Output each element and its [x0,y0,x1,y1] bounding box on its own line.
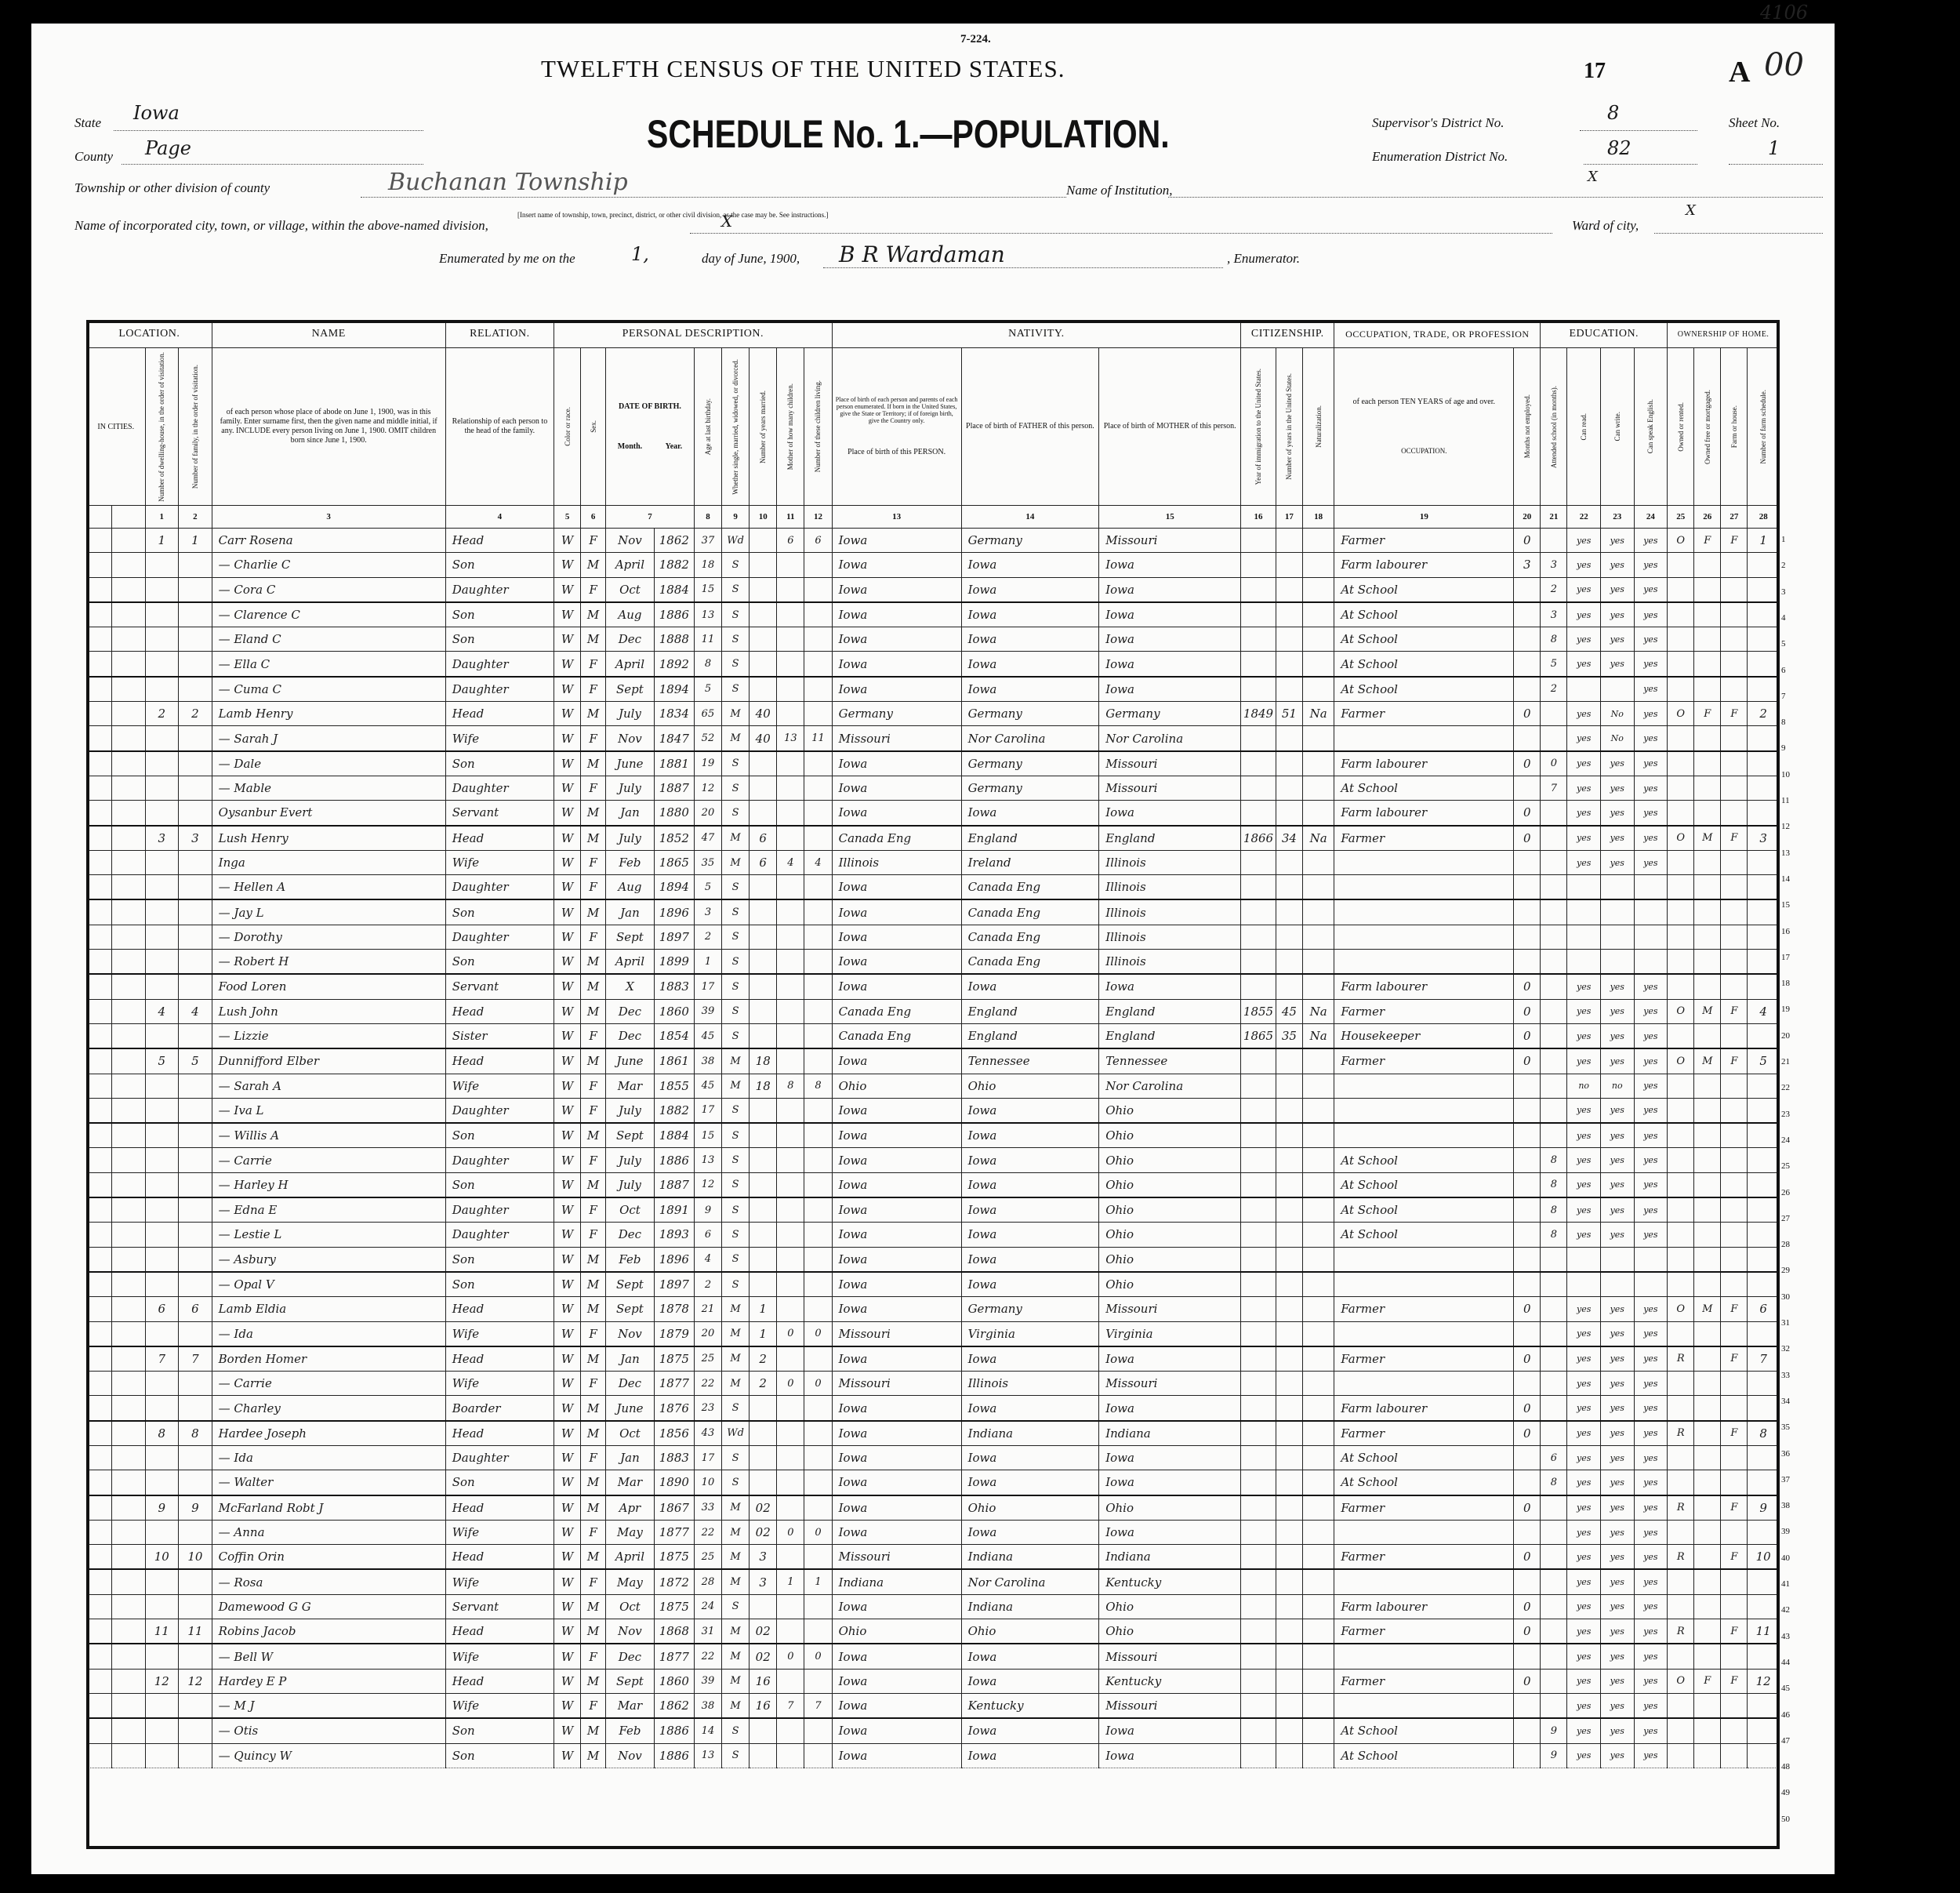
age-cell: 25 [694,1346,721,1372]
family-number-cell: 10 [179,1545,212,1570]
person-name-cell: — Ida [212,1321,445,1346]
school-months-cell [1541,974,1567,999]
naturalization-cell [1302,1396,1334,1421]
naturalization-cell: Na [1302,999,1334,1023]
age-cell: 9 [694,1197,721,1223]
children-living-cell [804,1743,832,1768]
mother-of-cell [777,1718,804,1743]
owned-rented-cell: O [1668,529,1694,553]
school-months-cell [1541,1372,1567,1396]
years-married-cell: 02 [750,1520,777,1544]
birth-year-cell: 1856 [654,1421,694,1446]
owned-rented-cell: O [1668,999,1694,1023]
months-unemployed-cell [1514,1644,1541,1669]
farm-house-cell [1721,602,1748,627]
family-number-cell: 9 [179,1495,212,1521]
months-unemployed-cell [1514,1223,1541,1247]
immigration-year-cell [1241,1148,1276,1172]
years-married-cell: 1 [750,1297,777,1321]
personal-description-header: PERSONAL DESCRIPTION. [554,321,833,348]
birthplace-person-cell: Germany [832,702,961,726]
house-number-cell [111,1445,145,1470]
occupation-cell: Farm labourer [1334,751,1514,776]
street-cell [87,1223,112,1247]
table-row: — Bell WWifeWFDec187722M0200IowaIowaMiss… [87,1644,1780,1669]
marital-status-cell: S [722,875,750,900]
months-unemployed-cell: 0 [1514,826,1541,851]
person-name-cell: Lush Henry [212,826,445,851]
street-cell [87,999,112,1023]
birth-month-cell: Sept [606,1123,655,1148]
naturalization-cell [1302,950,1334,975]
person-name-cell: Lush John [212,999,445,1023]
age-cell: 18 [694,553,721,577]
family-number-cell [179,1123,212,1148]
free-mortgaged-cell: M [1694,1297,1721,1321]
free-mortgaged-cell [1694,1148,1721,1172]
school-months-cell [1541,899,1567,925]
column-number: 17 [1276,506,1302,529]
birth-month-cell: Oct [606,1594,655,1619]
color-cell: W [554,1545,581,1570]
birthplace-person-cell: Iowa [832,1272,961,1297]
years-married-cell [750,1594,777,1619]
dwelling-number-cell: 8 [145,1421,179,1446]
naturalization-cell [1302,850,1334,874]
age-cell: 2 [694,925,721,949]
relation-cell: Son [445,553,554,577]
relation-cell: Daughter [445,652,554,677]
occupation-cell: Farmer [1334,1545,1514,1570]
sex-cell: M [581,826,606,851]
naturalization-cell [1302,1297,1334,1321]
children-living-cell [804,1247,832,1272]
immigration-year-cell [1241,1272,1276,1297]
page-stamp: 17 [1584,59,1606,84]
children-living-cell [804,702,832,726]
mother-of-cell [777,801,804,826]
occupation-cell: At School [1334,1718,1514,1743]
line-number: 28 [1781,1240,1790,1249]
relation-cell: Head [445,1669,554,1693]
table-row: Damewood G GServantWMOct187524SIowaIndia… [87,1594,1780,1619]
dwelling-number-cell [145,1396,179,1421]
marital-status-cell: M [722,1321,750,1346]
birthplace-mother-cell: Iowa [1099,974,1241,999]
relation-cell: Daughter [445,1098,554,1123]
age-cell: 15 [694,577,721,602]
marital-status-cell: S [722,677,750,702]
birthplace-mother-cell: Ohio [1099,1619,1241,1644]
age-cell: 22 [694,1520,721,1544]
supervisor-line [1580,129,1697,131]
free-mortgaged-cell [1694,776,1721,800]
months-unemployed-cell: 3 [1514,553,1541,577]
column-number: 10 [750,506,777,529]
naturalization-cell [1302,602,1334,627]
line-number: 38 [1781,1501,1790,1510]
line-number: 27 [1781,1214,1790,1223]
mother-of-cell [777,1023,804,1048]
can-write-cell: yes [1600,1023,1634,1048]
birth-month-cell: Feb [606,1247,655,1272]
age-cell: 39 [694,999,721,1023]
naturalization-cell [1302,1098,1334,1123]
dwelling-number-cell [145,925,179,949]
school-months-cell [1541,1346,1567,1372]
can-write-cell: yes [1600,1172,1634,1197]
can-speak-english-cell: yes [1634,1074,1668,1098]
owned-rented-header: Owned or rented. [1677,402,1685,452]
can-speak-english-cell: yes [1634,1569,1668,1594]
house-number-cell [111,1172,145,1197]
can-read-cell: yes [1567,1470,1601,1495]
relation-cell: Sister [445,1023,554,1048]
dwelling-number-cell [145,1718,179,1743]
school-months-cell [1541,1321,1567,1346]
column-number: 20 [1514,506,1541,529]
immigration-year-cell [1241,1495,1276,1521]
free-mortgaged-cell [1694,1023,1721,1048]
birth-month-cell: X [606,974,655,999]
house-number-cell [111,1247,145,1272]
months-unemployed-cell [1514,1074,1541,1098]
birthplace-person-cell: Iowa [832,529,961,553]
relation-cell: Wife [445,1644,554,1669]
person-name-cell: — Clarence C [212,602,445,627]
children-living-cell [804,1545,832,1570]
children-living-header: Number of these children living. [814,380,822,472]
years-in-us-cell [1276,1074,1302,1098]
sex-cell: F [581,1098,606,1123]
years-married-cell [750,751,777,776]
can-speak-english-cell: yes [1634,1396,1668,1421]
occupation-cell [1334,925,1514,949]
occupation-cell: Farmer [1334,529,1514,553]
can-read-cell: yes [1567,1123,1601,1148]
family-number-cell [179,751,212,776]
color-cell: W [554,826,581,851]
form-number: 7-224. [960,33,991,46]
farm-schedule-cell [1748,1569,1780,1594]
birthplace-father-cell: Canada Eng [961,925,1099,949]
person-name-cell: Food Loren [212,974,445,999]
children-living-cell [804,1272,832,1297]
years-married-cell [750,627,777,652]
sex-cell: M [581,1421,606,1446]
line-number: 44 [1781,1658,1790,1667]
owned-rented-cell [1668,1321,1694,1346]
table-row: Food LorenServantWMX188317SIowaIowaIowaF… [87,974,1780,999]
institution-label: Name of Institution, [1066,183,1173,198]
farm-schedule-cell: 1 [1748,529,1780,553]
farm-house-cell [1721,1594,1748,1619]
birthplace-mother-cell: Missouri [1099,1297,1241,1321]
birthplace-person-cell: Iowa [832,1495,961,1521]
farm-house-cell [1721,950,1748,975]
street-cell [87,1495,112,1521]
street-cell [87,652,112,677]
birth-year-cell: 1875 [654,1346,694,1372]
can-write-cell: yes [1600,1223,1634,1247]
color-cell: W [554,702,581,726]
line-number: 37 [1781,1475,1790,1484]
birthplace-person-cell: Missouri [832,1545,961,1570]
person-name-cell: Borden Homer [212,1346,445,1372]
farm-schedule-cell [1748,1023,1780,1048]
can-speak-english-cell: yes [1634,577,1668,602]
can-write-cell: yes [1600,751,1634,776]
farm-house-cell: F [1721,702,1748,726]
sex-cell: M [581,1123,606,1148]
relation-header: RELATION. [445,321,554,348]
house-number-cell [111,1569,145,1594]
years-in-us-cell [1276,627,1302,652]
street-cell [87,751,112,776]
sex-cell: M [581,1594,606,1619]
occupation-cell: Farmer [1334,1297,1514,1321]
birth-year-cell: 1887 [654,776,694,800]
months-unemployed-cell [1514,1372,1541,1396]
occupation-cell: At School [1334,1223,1514,1247]
sex-cell: F [581,652,606,677]
months-unemployed-header: Months not employed. [1523,394,1531,458]
birthplace-mother-cell: Illinois [1099,925,1241,949]
street-cell [87,1470,112,1495]
immigration-year-cell [1241,1520,1276,1544]
table-row: — Sarah JWifeWFNov184752M401311MissouriN… [87,726,1780,751]
years-us-header: Number of years in the United States. [1285,373,1293,480]
line-number: 21 [1781,1057,1790,1066]
birth-month-cell: April [606,950,655,975]
mother-of-cell [777,1619,804,1644]
marital-status-cell: M [722,1619,750,1644]
marital-status-cell: S [722,751,750,776]
sex-cell: F [581,1197,606,1223]
enumerator-suffix: , Enumerator. [1227,251,1300,267]
farm-schedule-cell [1748,602,1780,627]
relation-cell: Son [445,751,554,776]
can-speak-english-cell: yes [1634,1297,1668,1321]
dwelling-number-cell: 1 [145,529,179,553]
birth-month-cell: July [606,826,655,851]
immigration-year-cell: 1866 [1241,826,1276,851]
age-cell: 17 [694,974,721,999]
can-write-cell: yes [1600,974,1634,999]
birth-year-cell: 1884 [654,577,694,602]
farm-schedule-cell [1748,950,1780,975]
birthplace-person-cell: Iowa [832,1297,961,1321]
birthplace-mother-cell: Ohio [1099,1148,1241,1172]
birthplace-father-cell: Indiana [961,1545,1099,1570]
house-number-cell [111,627,145,652]
naturalization-cell [1302,1470,1334,1495]
school-months-cell: 3 [1541,602,1567,627]
line-number: 31 [1781,1318,1790,1328]
naturalization-cell [1302,751,1334,776]
marital-status-cell: S [722,1743,750,1768]
occupation-cell: Farmer [1334,702,1514,726]
color-cell: W [554,751,581,776]
can-write-cell: No [1600,726,1634,751]
marital-status-cell: M [722,1520,750,1544]
years-in-us-cell [1276,726,1302,751]
children-living-cell [804,652,832,677]
months-unemployed-cell: 0 [1514,1023,1541,1048]
free-mortgaged-cell [1694,1693,1721,1718]
free-mortgaged-header: Owned free or mortgaged. [1704,390,1711,464]
can-read-cell: yes [1567,1372,1601,1396]
years-married-cell [750,553,777,577]
immigration-year-cell [1241,925,1276,949]
months-unemployed-cell [1514,1272,1541,1297]
mother-of-cell [777,1495,804,1521]
birth-month-cell: July [606,1172,655,1197]
years-in-us-cell [1276,899,1302,925]
farm-house-cell: F [1721,1669,1748,1693]
birthplace-person-cell: Iowa [832,1470,961,1495]
farm-house-cell [1721,974,1748,999]
birthplace-person-cell: Iowa [832,1098,961,1123]
can-write-cell: yes [1600,826,1634,851]
can-read-cell: yes [1567,1644,1601,1669]
house-number-cell [111,899,145,925]
can-speak-english-cell [1634,899,1668,925]
line-number: 39 [1781,1527,1790,1536]
person-name-cell: Hardee Joseph [212,1421,445,1446]
street-cell [87,1421,112,1446]
owned-rented-cell [1668,1223,1694,1247]
birthplace-person-cell: Iowa [832,1594,961,1619]
farm-schedule-cell [1748,1520,1780,1544]
family-number-cell [179,1098,212,1123]
mother-of-cell [777,1272,804,1297]
birth-year-cell: 1882 [654,1098,694,1123]
person-name-cell: Coffin Orin [212,1545,445,1570]
months-unemployed-cell: 0 [1514,1545,1541,1570]
birthplace-mother-cell: Ohio [1099,1123,1241,1148]
owned-rented-cell [1668,1023,1694,1048]
immigration-year-cell [1241,1098,1276,1123]
color-header: Color or race. [564,407,572,446]
free-mortgaged-cell [1694,899,1721,925]
immigration-year-cell [1241,1247,1276,1272]
years-in-us-cell [1276,1223,1302,1247]
house-number-cell [111,1223,145,1247]
school-months-cell [1541,1421,1567,1446]
marital-status-cell: S [722,776,750,800]
table-row: — Edna EDaughterWFOct18919SIowaIowaOhioA… [87,1197,1780,1223]
line-number: 36 [1781,1449,1790,1459]
years-married-cell [750,1123,777,1148]
age-cell: 38 [694,1693,721,1718]
can-read-cell: yes [1567,553,1601,577]
relation-cell: Son [445,1470,554,1495]
birthplace-mother-cell: Tennessee [1099,1048,1241,1074]
farm-house-cell: F [1721,1619,1748,1644]
table-row: — Clarence CSonWMAug188613SIowaIowaIowaA… [87,602,1780,627]
house-number-cell [111,1470,145,1495]
birth-year-cell: 1875 [654,1545,694,1570]
person-name-cell: — Eland C [212,627,445,652]
relation-cell: Daughter [445,577,554,602]
can-speak-english-cell: yes [1634,677,1668,702]
can-read-cell [1567,677,1601,702]
birthplace-mother-cell: Missouri [1099,1644,1241,1669]
street-cell [87,1123,112,1148]
street-cell [87,925,112,949]
enumerated-prefix: Enumerated by me on the [439,251,575,267]
can-read-cell: yes [1567,1148,1601,1172]
dwelling-number-cell [145,1098,179,1123]
family-number-cell [179,850,212,874]
years-in-us-cell [1276,1098,1302,1123]
birth-year-cell: 1855 [654,1074,694,1098]
children-living-cell [804,677,832,702]
person-name-cell: Lamb Henry [212,702,445,726]
person-name-cell: — Dale [212,751,445,776]
relation-cell: Head [445,826,554,851]
years-in-us-cell [1276,1669,1302,1693]
color-cell: W [554,974,581,999]
can-speak-english-cell: yes [1634,1148,1668,1172]
occupation-cell: Farm labourer [1334,801,1514,826]
school-months-cell [1541,1247,1567,1272]
sex-cell: F [581,925,606,949]
dwelling-number-cell [145,1023,179,1048]
sex-cell: M [581,1470,606,1495]
children-living-cell [804,1718,832,1743]
naturalization-cell [1302,529,1334,553]
can-write-cell: yes [1600,1421,1634,1446]
mother-of-cell [777,577,804,602]
family-number-cell [179,1272,212,1297]
dwelling-number-cell [145,899,179,925]
line-number: 41 [1781,1579,1790,1589]
can-speak-english-cell: yes [1634,1619,1668,1644]
children-living-cell: 7 [804,1693,832,1718]
naturalization-cell [1302,1569,1334,1594]
farm-house-cell [1721,776,1748,800]
line-number: 26 [1781,1188,1790,1197]
years-married-cell: 16 [750,1693,777,1718]
table-row: — Iva LDaughterWFJuly188217SIowaIowaOhio… [87,1098,1780,1123]
owned-rented-cell [1668,1520,1694,1544]
age-cell: 38 [694,1048,721,1074]
color-cell: W [554,627,581,652]
family-number-cell [179,1743,212,1768]
relation-cell: Daughter [445,1197,554,1223]
color-cell: W [554,529,581,553]
line-number: 50 [1781,1815,1790,1824]
column-number: 6 [581,506,606,529]
street-cell [87,627,112,652]
birthplace-person-cell: Iowa [832,776,961,800]
column-number: 19 [1334,506,1514,529]
sex-cell: M [581,999,606,1023]
marital-status-cell: M [722,1346,750,1372]
can-speak-english-cell: yes [1634,1470,1668,1495]
years-in-us-cell [1276,1396,1302,1421]
house-number-cell [111,602,145,627]
occupation-cell [1334,899,1514,925]
dwelling-number-cell [145,553,179,577]
birth-year-cell: 1860 [654,1669,694,1693]
owned-rented-cell [1668,1470,1694,1495]
township-line [361,196,1066,198]
free-mortgaged-cell [1694,1445,1721,1470]
farm-schedule-cell [1748,1445,1780,1470]
